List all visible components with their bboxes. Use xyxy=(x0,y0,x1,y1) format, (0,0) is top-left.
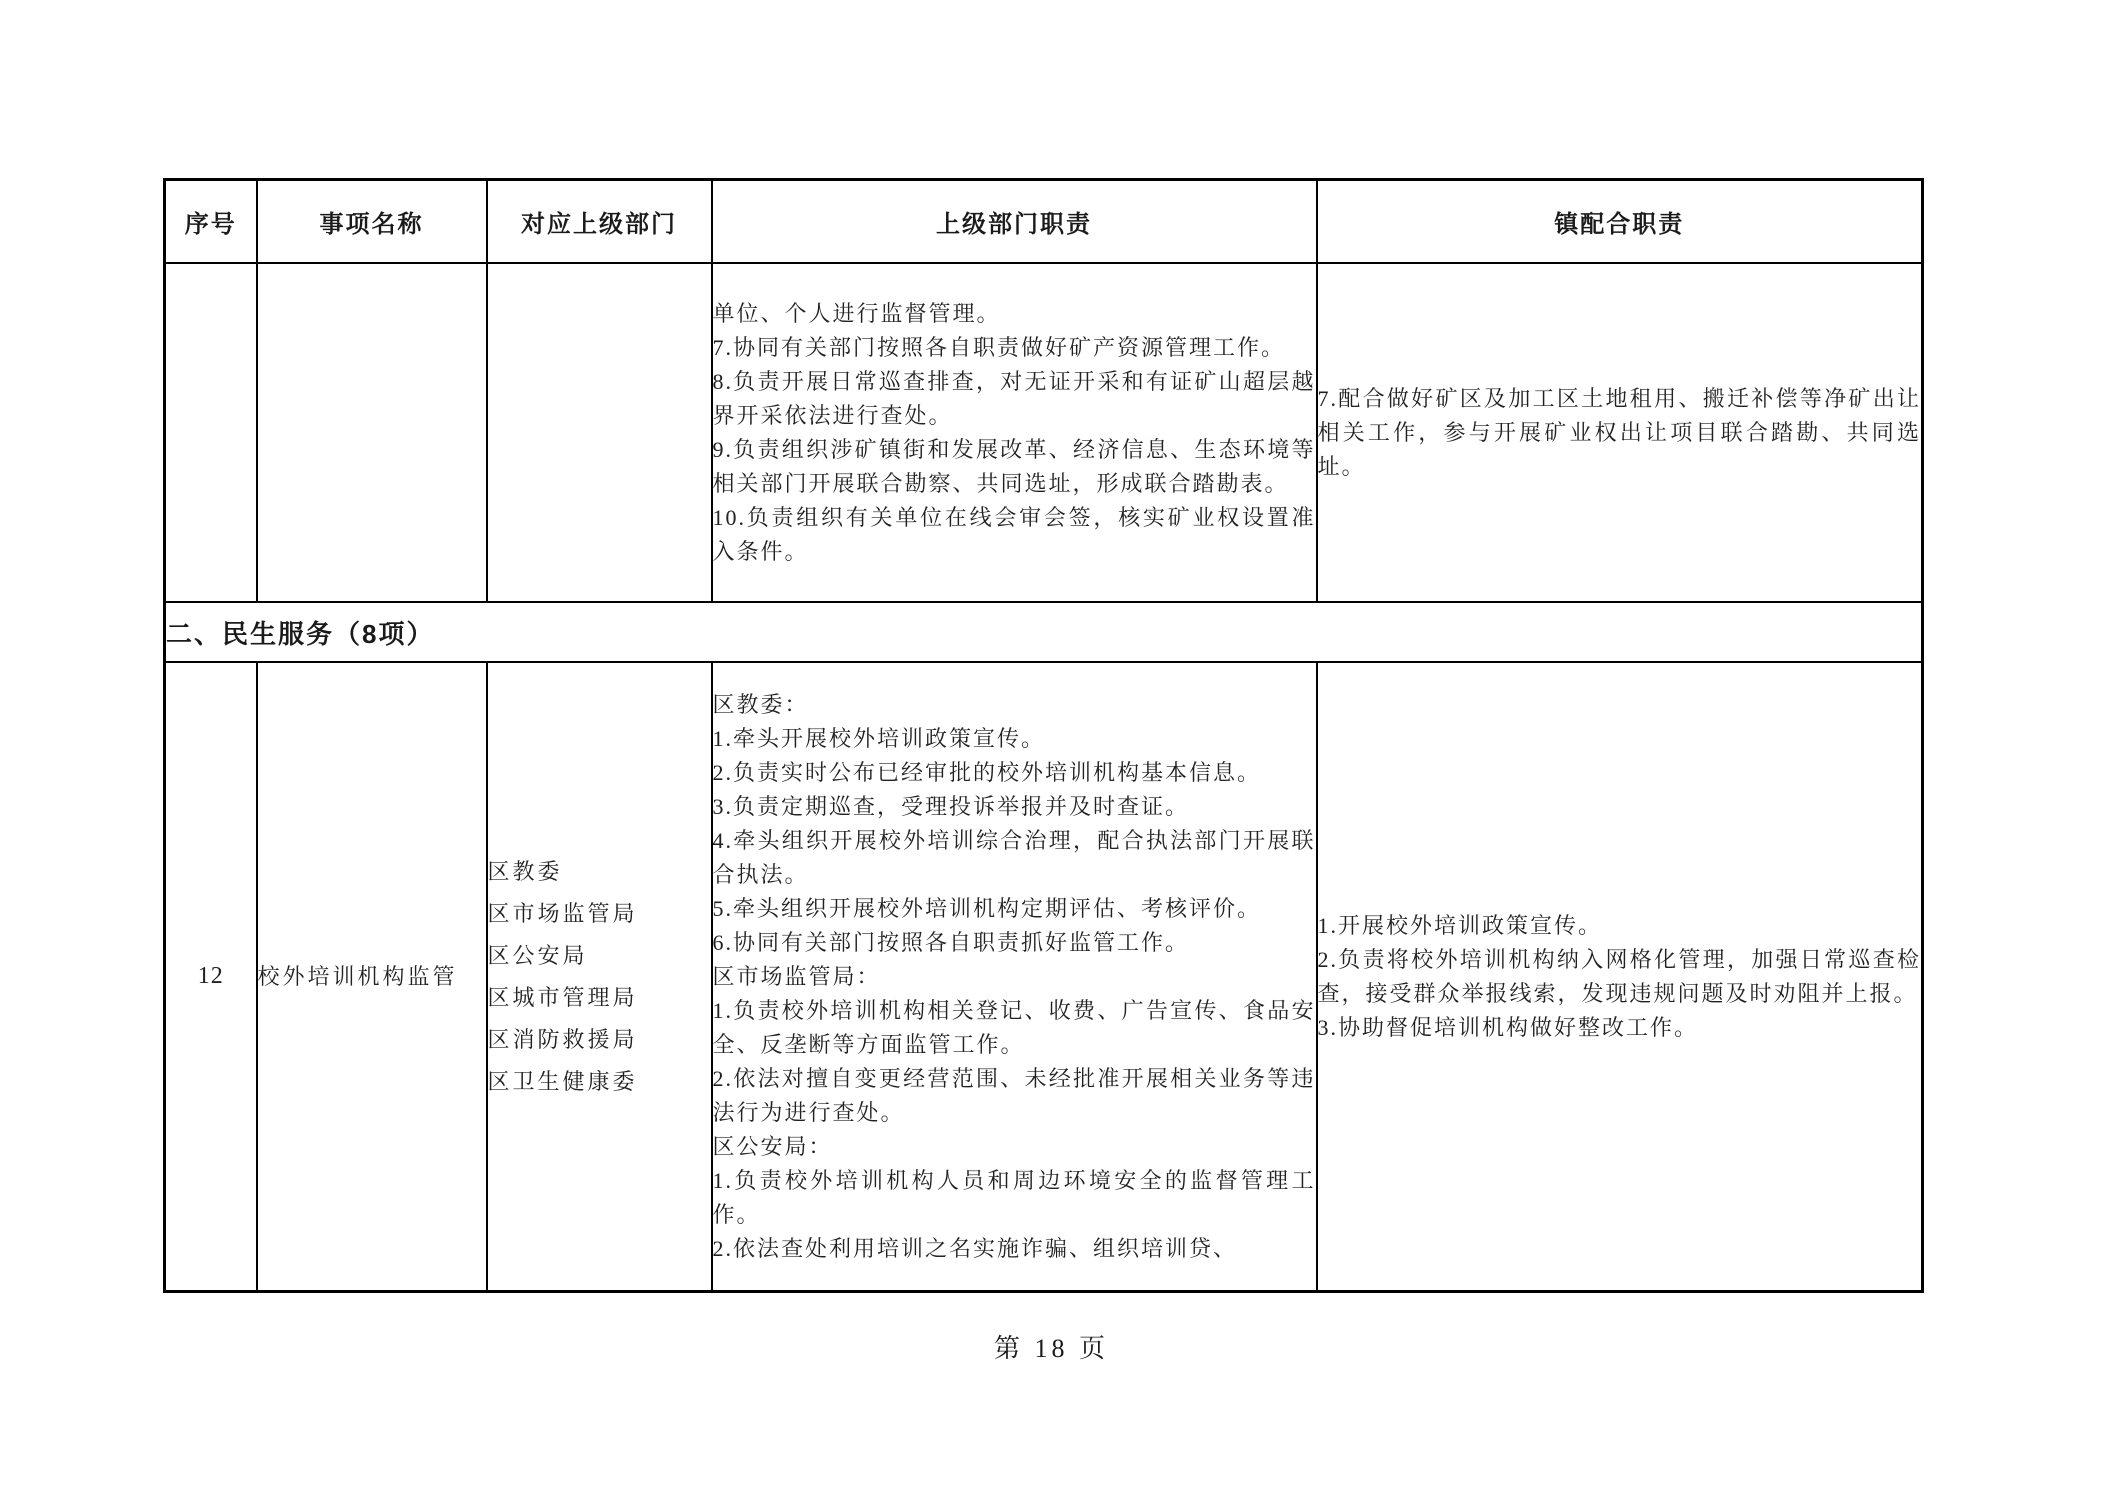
superior-duties-cell: 单位、个人进行监督管理。 7.协同有关部门按照各自职责做好矿产资源管理工作。 8… xyxy=(712,263,1317,602)
duty-paragraph: 3.负责定期巡查，受理投诉举报并及时查证。 xyxy=(713,790,1316,824)
duty-paragraph: 7.协同有关部门按照各自职责做好矿产资源管理工作。 xyxy=(713,331,1316,365)
department-item: 区卫生健康委 xyxy=(488,1061,711,1103)
department-item: 区市场监管局 xyxy=(488,893,711,935)
column-header-superior-duties: 上级部门职责 xyxy=(712,180,1317,264)
department-item: 区教委 xyxy=(488,851,711,893)
town-duties-cell: 1.开展校外培训政策宣传。 2.负责将校外培训机构纳入网格化管理，加强日常巡查检… xyxy=(1317,662,1923,1292)
column-header-index: 序号 xyxy=(165,180,257,264)
duty-paragraph: 7.配合做好矿区及加工区土地租用、搬迁补偿等净矿出让相关工作，参与开展矿业权出让… xyxy=(1318,382,1922,484)
superior-duties-cell: 区教委： 1.牵头开展校外培训政策宣传。 2.负责实时公布已经审批的校外培训机构… xyxy=(712,662,1317,1292)
duty-paragraph: 区市场监管局： xyxy=(713,960,1316,994)
duty-paragraph: 1.开展校外培训政策宣传。 xyxy=(1318,909,1922,943)
section-header-row: 二、民生服务（8项） xyxy=(165,602,1923,662)
duty-paragraph: 10.负责组织有关单位在线会审会签，核实矿业权设置准入条件。 xyxy=(713,501,1316,569)
table-row-item-12: 12 校外培训机构监管 区教委 区市场监管局 区公安局 区城市管理局 区消防救援… xyxy=(165,662,1923,1292)
index-cell: 12 xyxy=(165,662,257,1292)
duty-paragraph: 区教委： xyxy=(713,688,1316,722)
duty-paragraph: 2.负责将校外培训机构纳入网格化管理，加强日常巡查检查，接受群众举报线索，发现违… xyxy=(1318,943,1922,1011)
table-row-continuation: 单位、个人进行监督管理。 7.协同有关部门按照各自职责做好矿产资源管理工作。 8… xyxy=(165,263,1923,602)
duty-paragraph: 2.负责实时公布已经审批的校外培训机构基本信息。 xyxy=(713,756,1316,790)
duty-paragraph: 单位、个人进行监督管理。 xyxy=(713,297,1316,331)
town-duties-cell: 7.配合做好矿区及加工区土地租用、搬迁补偿等净矿出让相关工作，参与开展矿业权出让… xyxy=(1317,263,1923,602)
duty-paragraph: 3.协助督促培训机构做好整改工作。 xyxy=(1318,1011,1922,1045)
duty-paragraph: 8.负责开展日常巡查排查，对无证开采和有证矿山超层越界开采依法进行查处。 xyxy=(713,365,1316,433)
column-header-town-duties: 镇配合职责 xyxy=(1317,180,1923,264)
empty-item-name-cell xyxy=(257,263,487,602)
duty-paragraph: 5.牵头组织开展校外培训机构定期评估、考核评价。 xyxy=(713,892,1316,926)
duty-paragraph: 2.依法查处利用培训之名实施诈骗、组织培训贷、 xyxy=(713,1232,1316,1266)
item-name-cell: 校外培训机构监管 xyxy=(257,662,487,1292)
page-number: 第 18 页 xyxy=(0,1328,2103,1365)
column-header-superior-department: 对应上级部门 xyxy=(487,180,712,264)
section-title: 二、民生服务（8项） xyxy=(165,602,1923,662)
duty-paragraph: 1.牵头开展校外培训政策宣传。 xyxy=(713,722,1316,756)
department-item: 区公安局 xyxy=(488,935,711,977)
duty-paragraph: 6.协同有关部门按照各自职责抓好监管工作。 xyxy=(713,926,1316,960)
department-item: 区消防救援局 xyxy=(488,1019,711,1061)
empty-index-cell xyxy=(165,263,257,602)
duty-paragraph: 1.负责校外培训机构人员和周边环境安全的监督管理工作。 xyxy=(713,1164,1316,1232)
duty-paragraph: 2.依法对擅自变更经营范围、未经批准开展相关业务等违法行为进行查处。 xyxy=(713,1062,1316,1130)
duties-table: 序号 事项名称 对应上级部门 上级部门职责 镇配合职责 单位、个人进行监督管理。… xyxy=(163,178,1924,1293)
column-header-item-name: 事项名称 xyxy=(257,180,487,264)
duty-paragraph: 9.负责组织涉矿镇街和发展改革、经济信息、生态环境等相关部门开展联合勘察、共同选… xyxy=(713,433,1316,501)
duty-paragraph: 区公安局： xyxy=(713,1130,1316,1164)
duty-paragraph: 4.牵头组织开展校外培训综合治理，配合执法部门开展联合执法。 xyxy=(713,824,1316,892)
table-header-row: 序号 事项名称 对应上级部门 上级部门职责 镇配合职责 xyxy=(165,180,1923,264)
department-list-cell: 区教委 区市场监管局 区公安局 区城市管理局 区消防救援局 区卫生健康委 xyxy=(487,662,712,1292)
document-page: 序号 事项名称 对应上级部门 上级部门职责 镇配合职责 单位、个人进行监督管理。… xyxy=(0,0,2103,1486)
empty-department-cell xyxy=(487,263,712,602)
department-item: 区城市管理局 xyxy=(488,977,711,1019)
duty-paragraph: 1.负责校外培训机构相关登记、收费、广告宣传、食品安全、反垄断等方面监管工作。 xyxy=(713,994,1316,1062)
